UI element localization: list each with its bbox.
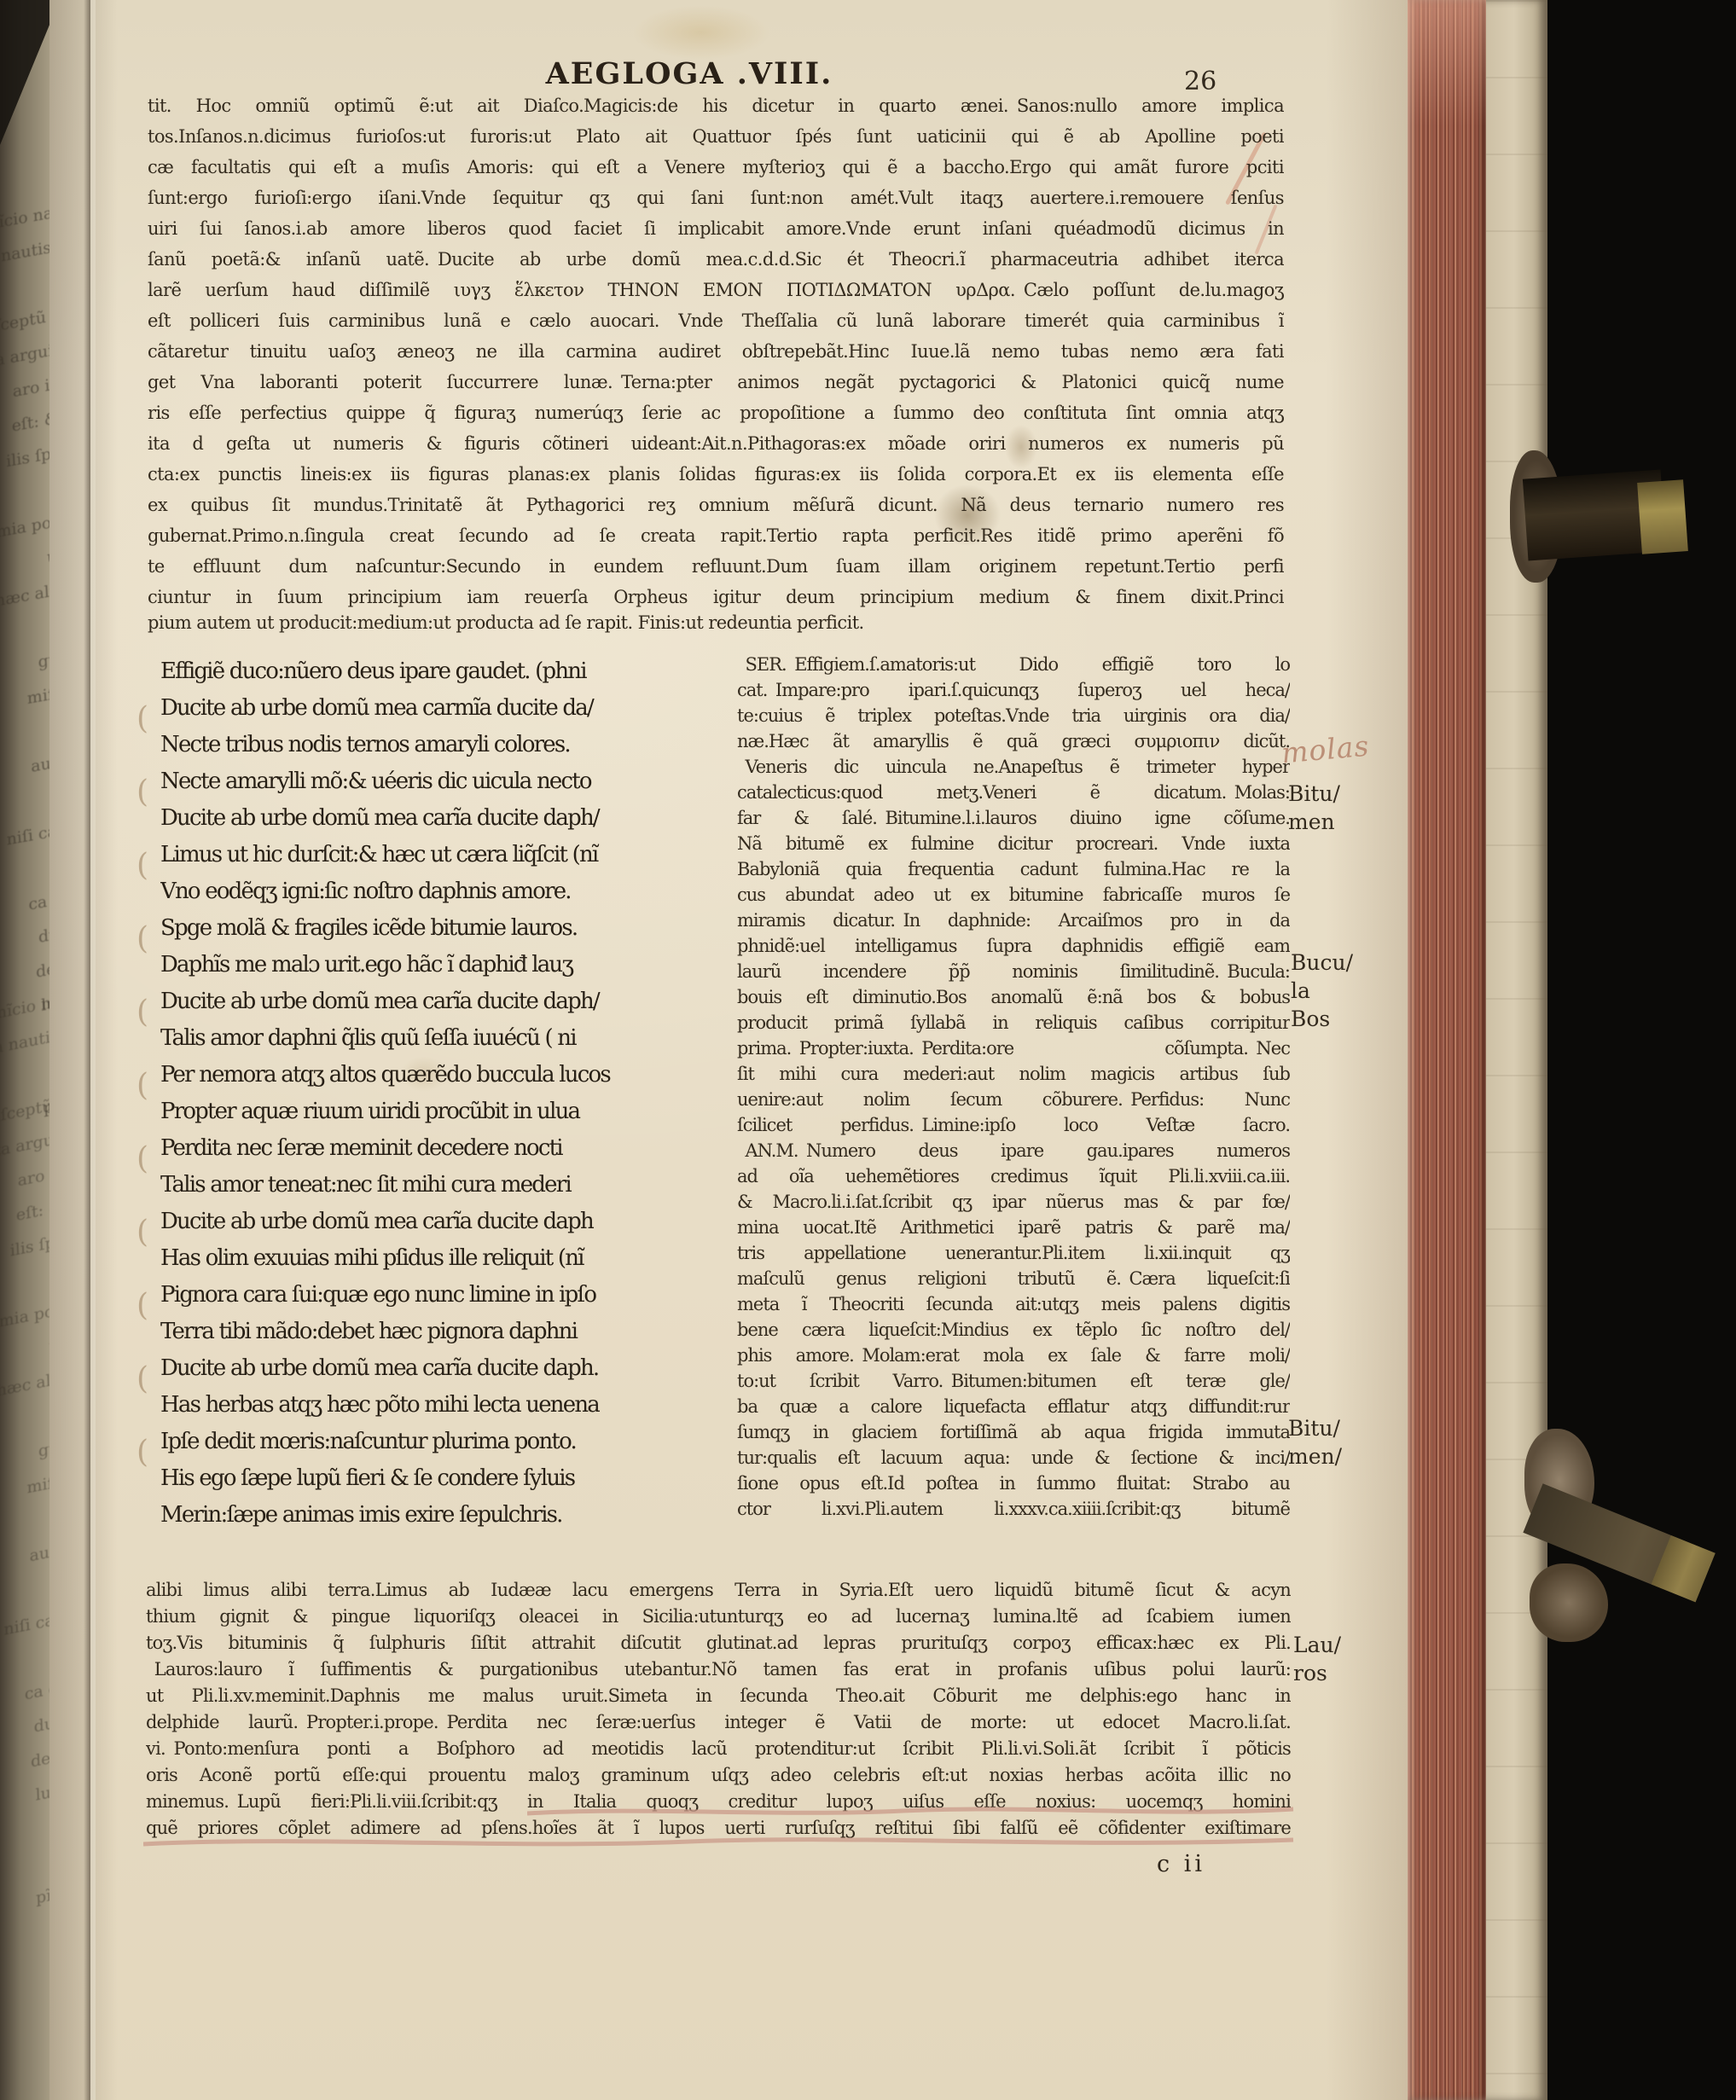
poem-column: Effigiẽ duco:nũero deus ipare gaudet. (p… (160, 653, 739, 1534)
top-commentary-last-line: pium autem ut producit:medium:ut product… (148, 612, 1284, 633)
book-clasp-bottom (1523, 1429, 1736, 1685)
book-clasp-top (1510, 444, 1693, 593)
vellum-cover-edge (1486, 0, 1547, 2100)
commentary-column: SER. Effigiem.ſ.amatoris:ut Dido effigiẽ… (737, 652, 1290, 1522)
printed-margin-note-bitumen: Bitu/ men (1288, 780, 1340, 836)
gutter-shadow (49, 0, 118, 2100)
printed-margin-note-bucula-bos: Bucu/ la Bos (1291, 948, 1353, 1033)
clasp-brass-fitting (1652, 1535, 1716, 1602)
printed-margin-note-bitumen-2: Bitu/ men/ (1288, 1414, 1342, 1471)
top-commentary-block: tit. Hoc omniũ optimũ ẽ:ut ait Diaſco.Ma… (148, 90, 1284, 612)
signature-mark: c ii (1157, 1851, 1205, 1877)
handwritten-margin-note: molas (1280, 732, 1371, 768)
book-fore-edge (1408, 0, 1486, 2100)
bottom-commentary-block: alibi limus alibi terra.Limus ab Iudææ l… (146, 1577, 1291, 1842)
page-title: AEGLOGA .VIII. (510, 56, 868, 91)
clasp-leather-knot (1530, 1563, 1608, 1642)
printed-margin-note-lauros: Lau/ ros (1293, 1631, 1341, 1687)
photograph-background: mĩcio nauẽ ſa nautis:ur a ſuſceptũ ĩ iti… (0, 0, 1736, 2100)
clasp-brass-fitting (1637, 479, 1688, 554)
fore-edge-shadow (1327, 0, 1408, 2100)
